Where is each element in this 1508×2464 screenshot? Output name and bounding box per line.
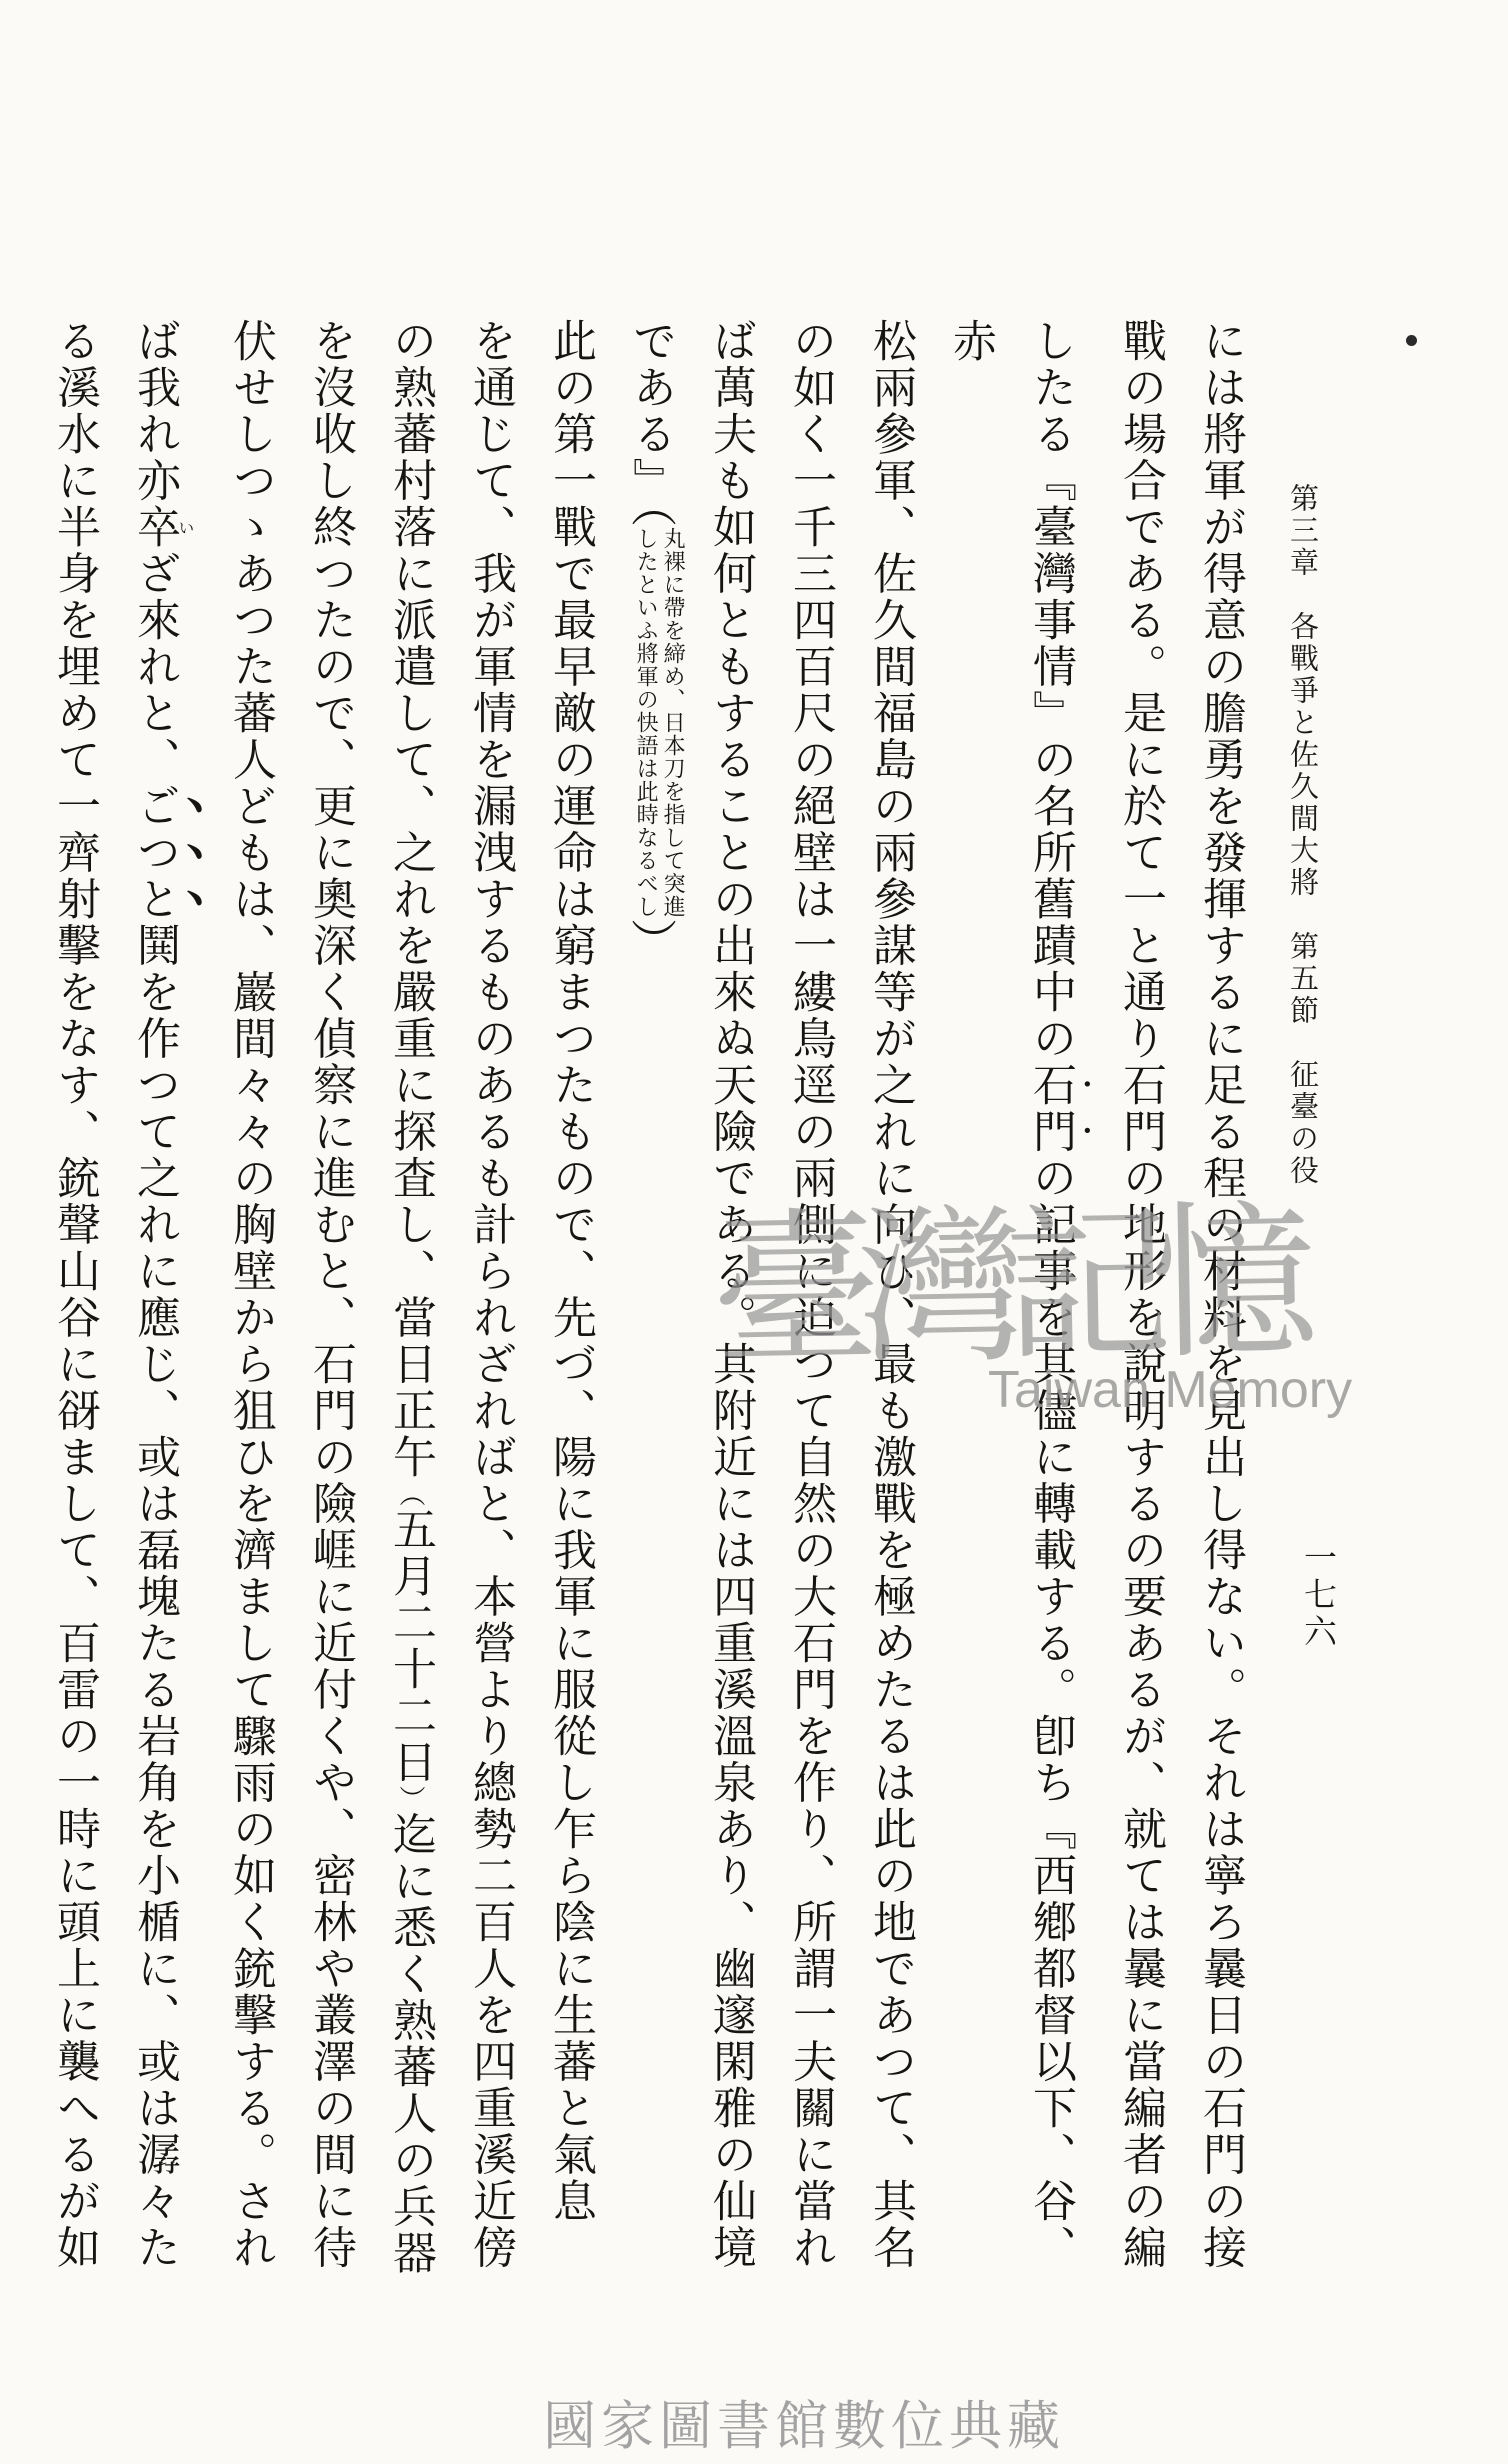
column-08: 此の第一戰で最早敵の運命は窮まつたもので、先づ、陽に我軍に服從し乍ら陰に生蕃と氣… (530, 318, 610, 2293)
column-09: を通じて、我が軍情を漏洩するものあるも計られざればと、本營より總勢二百人を四重溪… (450, 318, 530, 2293)
column-14: る溪水に半身を埋めて一齊射擊をなす、銃聲山谷に谺まして、百雷の一時に頭上に襲へる… (34, 318, 114, 2293)
text-run: 戰の場合である。是に於て一と通り石門の地形を說明するの要あるが、就ては曩に當編者… (1116, 318, 1165, 2271)
wparen-run: （ (625, 504, 676, 527)
emph-dot-run: 石門 (1026, 1062, 1075, 1155)
text-run: る溪水に半身を埋めて一齊射擊をなす、銃聲山谷に谺まして、百雷の一時に頭上に襲へる… (50, 318, 99, 2271)
ruby-annotated-char: 卒い (130, 504, 179, 551)
main-text-block: には將軍が得意の膽勇を發揮するに足る程の材料を見出し得ない。それは寧ろ曩日の石門… (138, 318, 1260, 2293)
column-07: である』（丸裸に帶を締め、日本刀を指して突進したといふ將軍の快語は此時なるべし） (610, 318, 690, 2293)
scanned-book-page: 第三章 各戰爭と佐久間大將 第五節 征臺の役 には將軍が得意の膽勇を發揮するに足… (0, 0, 1508, 2464)
half-run: （ (396, 1481, 425, 1507)
column-04: 松兩參軍、佐久間福島の兩參謀等が之れに向ひ、最も激戰を極めたるは此の地であつて、… (850, 318, 930, 2293)
emph-sesame-run: ごつと (130, 783, 179, 923)
warichu-note: 丸裸に帶を締め、日本刀を指して突進したといふ將軍の快語は此時なるべし (633, 527, 687, 918)
column-06: ば萬夫も如何ともすることの出來ぬ天險である。其附近には四重溪溫泉あり、幽邃閑雅の… (690, 318, 770, 2293)
text-run: 迄に悉く熟蕃人の兵器 (386, 1812, 435, 2277)
text-run: である』 (626, 318, 675, 504)
text-run: 伏せしつゝあつた蕃人どもは、巖間々々の胸壁から狙ひを濟まして驟雨の如く銃擊する。… (226, 318, 275, 2271)
printers-dot (1406, 335, 1417, 346)
text-run: 松兩參軍、佐久間福島の兩參謀等が之れに向ひ、最も激戰を極めたるは此の地であつて、… (866, 318, 915, 2271)
text-run: したる『臺灣事情』の名所舊蹟中の (1026, 318, 1075, 1062)
column-10: の熟蕃村落に派遣して、之れを嚴重に探査し、當日正午（五月二十二日）迄に悉く熟蕃人… (370, 318, 450, 2293)
text-run: 鬨を作つて之れに應じ、或は磊塊たる岩角を小楯に、或は潺々た (130, 923, 179, 2272)
text-run: の熟蕃村落に派遣して、之れを嚴重に探査し、當日正午 (386, 318, 435, 1481)
column-11: を沒收し終つたので、更に奧深く偵察に進むと、石門の險崕に近付くや、密林や叢澤の間… (290, 318, 370, 2293)
text-run: には將軍が得意の膽勇を發揮するに足る程の材料を見出し得ない。それは寧ろ曩日の石門… (1196, 318, 1245, 2271)
text-run: 五月二十二日 (386, 1507, 435, 1786)
column-03: したる『臺灣事情』の名所舊蹟中の石門の記事を其儘に轉載する。卽ち『西鄕都督以下、… (930, 318, 1100, 2293)
column-01: には將軍が得意の膽勇を發揮するに足る程の材料を見出し得ない。それは寧ろ曩日の石門… (1180, 318, 1260, 2293)
column-02: 戰の場合である。是に於て一と通り石門の地形を說明するの要あるが、就ては曩に當編者… (1100, 318, 1180, 2293)
text-run: ば我れ亦 (130, 318, 179, 504)
text-run: を通じて、我が軍情を漏洩するものあるも計られざればと、本營より總勢二百人を四重溪… (466, 318, 515, 2271)
half-run: ） (396, 1786, 425, 1812)
text-run: の如く一千三四百尺の絕壁は一縷鳥逕の兩側に迫つて自然の大石門を作り、所謂一夫關に… (786, 318, 835, 2271)
wparen-run: ） (625, 918, 676, 964)
chapter-header: 第三章 各戰爭と佐久間大將 第五節 征臺の役 (1282, 483, 1323, 1203)
page-number: 一七六 (1294, 1540, 1341, 1651)
text-run: を沒收し終つたので、更に奧深く偵察に進むと、石門の險崕に近付くや、密林や叢澤の間… (306, 318, 355, 2271)
text-run: ざ來れと、 (130, 551, 179, 784)
column-13: ば我れ亦卒いざ來れと、ごつと鬨を作つて之れに應じ、或は磊塊たる岩角を小楯に、或は… (114, 318, 210, 2293)
text-run: ば萬夫も如何ともすることの出來ぬ天險である。其附近には四重溪溫泉あり、幽邃閑雅の… (706, 318, 755, 2271)
text-run: 此の第一戰で最早敵の運命は窮まつたもので、先づ、陽に我軍に服從し乍ら陰に生蕃と氣… (546, 318, 595, 2225)
library-footer-stamp: 國家圖書館數位典藏 (543, 2384, 1065, 2460)
column-05: の如く一千三四百尺の絕壁は一縷鳥逕の兩側に迫つて自然の大石門を作り、所謂一夫關に… (770, 318, 850, 2293)
column-12: 伏せしつゝあつた蕃人どもは、巖間々々の胸壁から狙ひを濟まして驟雨の如く銃擊する。… (210, 318, 290, 2293)
